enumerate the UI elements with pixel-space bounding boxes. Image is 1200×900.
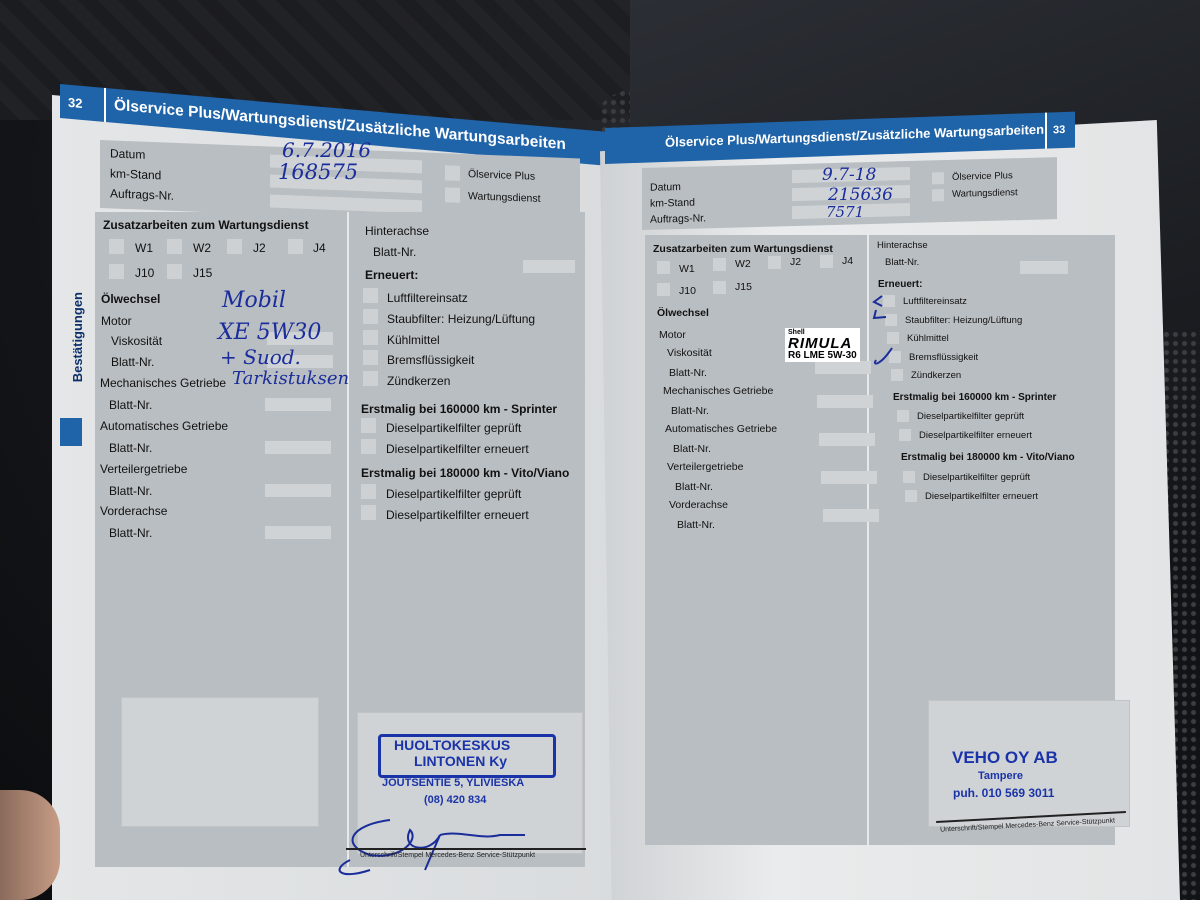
- j4-label: J4: [313, 241, 326, 255]
- getriebe-label: Verteilergetriebe: [667, 461, 743, 473]
- stamp-line: LINTONEN Ky: [414, 753, 507, 769]
- w2-label: W2: [735, 258, 751, 270]
- vito-heading: Erstmalig bei 180000 km - Vito/Viano: [901, 452, 1075, 463]
- vito-dpf-erneuert-checkbox[interactable]: [905, 490, 917, 502]
- j2-checkbox[interactable]: [227, 239, 242, 254]
- viskositaet-label: Viskosität: [667, 347, 712, 359]
- oelwechsel-heading: Ölwechsel: [101, 292, 160, 306]
- j4-checkbox[interactable]: [820, 255, 833, 268]
- column-divider: [867, 235, 869, 845]
- signature-line: [346, 848, 586, 850]
- erneuert-item-label: Zündkerzen: [911, 370, 961, 381]
- blatt-label: Blatt-Nr.: [673, 443, 711, 455]
- blatt-field[interactable]: [823, 509, 879, 522]
- blatt-field[interactable]: [265, 526, 331, 539]
- w1-label: W1: [135, 241, 153, 255]
- handwritten-oil-brand: Mobil: [222, 288, 286, 313]
- vito-dpf-geprueft-checkbox[interactable]: [903, 471, 915, 483]
- motor-label: Motor: [659, 329, 686, 341]
- w2-checkbox[interactable]: [167, 239, 182, 254]
- stamp-line: puh. 010 569 3011: [953, 786, 1054, 800]
- hinterachse-label: Hinterachse: [365, 224, 429, 238]
- erneuert-item-label: Bremsflüssigkeit: [909, 352, 978, 363]
- wartungsdienst-label: Wartungsdienst: [952, 187, 1018, 200]
- getriebe-label: Automatisches Getriebe: [100, 419, 228, 433]
- sprinter-heading: Erstmalig bei 160000 km - Sprinter: [361, 402, 557, 416]
- oelservice-plus-checkbox[interactable]: [932, 172, 944, 184]
- j10-checkbox[interactable]: [109, 264, 124, 279]
- vito-item-label: Dieselpartikelfilter erneuert: [386, 508, 529, 522]
- wartungsdienst-label: Wartungsdienst: [468, 190, 541, 205]
- zusatz-heading: Zusatzarbeiten zum Wartungsdienst: [103, 218, 309, 232]
- getriebe-label: Vorderachse: [669, 499, 728, 511]
- staubfilter-checkbox[interactable]: [363, 309, 378, 324]
- erneuert-item-label: Zündkerzen: [387, 374, 450, 388]
- j4-checkbox[interactable]: [288, 239, 303, 254]
- blatt-field[interactable]: [815, 361, 871, 374]
- j15-label: J15: [735, 281, 752, 293]
- datum-label: Datum: [110, 146, 145, 161]
- j2-checkbox[interactable]: [768, 256, 781, 269]
- blatt-label: Blatt-Nr.: [111, 355, 154, 369]
- j15-label: J15: [193, 266, 212, 280]
- blatt-label: Blatt-Nr.: [109, 526, 152, 540]
- auftrag-label: Auftrags-Nr.: [110, 186, 174, 202]
- getriebe-label: Automatisches Getriebe: [665, 423, 777, 435]
- oelservice-plus-label: Ölservice Plus: [468, 168, 535, 183]
- header-divider: [1045, 113, 1047, 149]
- getriebe-label: Mechanisches Getriebe: [663, 385, 773, 397]
- auftrag-field[interactable]: [270, 195, 422, 214]
- handwritten-checkmarks: [870, 290, 910, 370]
- w1-checkbox[interactable]: [657, 261, 670, 274]
- erneuert-item-label: Kühlmittel: [387, 333, 440, 347]
- blatt-field[interactable]: [821, 471, 877, 484]
- j10-checkbox[interactable]: [657, 283, 670, 296]
- getriebe-label: Vorderachse: [100, 504, 167, 518]
- blatt-label: Blatt-Nr.: [109, 484, 152, 498]
- blatt-field[interactable]: [819, 433, 875, 446]
- stamp-line: Tampere: [978, 770, 1023, 782]
- stamp-line: JOUTSENTIE 5, YLIVIESKA: [382, 777, 524, 789]
- handwritten-date: 6.7.2016: [282, 138, 371, 162]
- w1-label: W1: [679, 263, 695, 275]
- j4-label: J4: [842, 255, 853, 267]
- blatt-field[interactable]: [265, 441, 331, 454]
- oelservice-plus-label: Ölservice Plus: [952, 170, 1013, 183]
- erneuert-item-label: Staubfilter: Heizung/Lüftung: [387, 312, 535, 326]
- side-tab-marker: [60, 418, 82, 446]
- blatt-field[interactable]: [523, 260, 575, 273]
- sprinter-item-label: Dieselpartikelfilter erneuert: [386, 442, 529, 456]
- oil-sticker: Shell RIMULA R6 LME 5W-30: [785, 328, 860, 362]
- erneuert-item-label: Luftfiltereinsatz: [903, 296, 967, 307]
- j2-label: J2: [790, 256, 801, 268]
- luftfilter-checkbox[interactable]: [363, 288, 378, 303]
- erneuert-heading: Erneuert:: [878, 279, 922, 290]
- getriebe-label: Verteilergetriebe: [100, 462, 187, 476]
- header-divider: [104, 88, 106, 122]
- j2-label: J2: [253, 241, 266, 255]
- blatt-field[interactable]: [1020, 261, 1068, 274]
- oelwechsel-heading: Ölwechsel: [657, 307, 709, 319]
- handwritten-note: + Suod.: [220, 345, 301, 369]
- page-number: 33: [1053, 124, 1065, 136]
- viskositaet-label: Viskosität: [111, 334, 162, 348]
- handwritten-date: 9.7-18: [822, 165, 876, 185]
- j10-label: J10: [679, 285, 696, 297]
- vito-heading: Erstmalig bei 180000 km - Vito/Viano: [361, 466, 569, 480]
- auftrag-label: Auftrags-Nr.: [650, 212, 706, 225]
- sprinter-dpf-erneuert-checkbox[interactable]: [361, 439, 376, 454]
- bremsfluessigkeit-checkbox[interactable]: [363, 350, 378, 365]
- zuendkerzen-checkbox[interactable]: [891, 369, 903, 381]
- handwritten-viscosity: XE 5W30: [218, 320, 321, 345]
- j10-label: J10: [135, 266, 154, 280]
- handwritten-order-number: 7571: [826, 203, 864, 221]
- j15-checkbox[interactable]: [167, 264, 182, 279]
- zusatz-heading: Zusatzarbeiten zum Wartungsdienst: [653, 243, 833, 255]
- getriebe-label: Mechanisches Getriebe: [100, 376, 226, 390]
- erneuert-heading: Erneuert:: [365, 268, 418, 282]
- handwritten-getriebe-note: Tarkistuksen: [232, 368, 349, 389]
- page-number: 32: [68, 95, 82, 111]
- sprinter-item-label: Dieselpartikelfilter geprüft: [386, 421, 521, 435]
- column-divider: [347, 212, 349, 867]
- handwritten-km: 168575: [278, 160, 358, 184]
- w2-checkbox[interactable]: [713, 258, 726, 271]
- erneuert-item-label: Staubfilter: Heizung/Lüftung: [905, 315, 1022, 326]
- blatt-field[interactable]: [265, 398, 331, 411]
- blatt-label: Blatt-Nr.: [669, 367, 707, 379]
- blatt-label: Blatt-Nr.: [109, 398, 152, 412]
- signature: [330, 800, 530, 880]
- blatt-field[interactable]: [265, 484, 331, 497]
- sticker-product: RIMULA: [788, 336, 857, 351]
- thumb: [0, 790, 60, 900]
- page-title: Ölservice Plus/Wartungsdienst/Zusätzlich…: [665, 122, 1044, 150]
- blatt-label: Blatt-Nr.: [885, 257, 919, 268]
- sticker-grade: R6 LME 5W-30: [788, 351, 857, 361]
- stamp-line: HUOLTOKESKUS: [394, 737, 510, 753]
- vito-dpf-geprueft-checkbox[interactable]: [361, 484, 376, 499]
- blatt-label: Blatt-Nr.: [671, 405, 709, 417]
- erneuert-item-label: Bremsflüssigkeit: [387, 353, 474, 367]
- sprinter-dpf-erneuert-checkbox[interactable]: [899, 429, 911, 441]
- motor-label: Motor: [101, 314, 132, 328]
- sprinter-item-label: Dieselpartikelfilter geprüft: [917, 411, 1024, 422]
- hinterachse-label: Hinterachse: [877, 240, 928, 251]
- kuehlmittel-checkbox[interactable]: [363, 330, 378, 345]
- sprinter-dpf-geprueft-checkbox[interactable]: [897, 410, 909, 422]
- handwritten-km: 215636: [828, 185, 893, 205]
- blatt-label: Blatt-Nr.: [373, 245, 416, 259]
- erneuert-item-label: Luftfiltereinsatz: [387, 291, 468, 305]
- vito-item-label: Dieselpartikelfilter erneuert: [925, 491, 1038, 502]
- blatt-label: Blatt-Nr.: [109, 441, 152, 455]
- vito-dpf-erneuert-checkbox[interactable]: [361, 505, 376, 520]
- side-tab-label: Bestätigungen: [70, 292, 85, 382]
- datum-label: Datum: [650, 181, 681, 194]
- wartungsdienst-checkbox[interactable]: [932, 189, 944, 201]
- blatt-field[interactable]: [817, 395, 873, 408]
- w2-label: W2: [193, 241, 211, 255]
- blatt-label: Blatt-Nr.: [675, 481, 713, 493]
- vito-item-label: Dieselpartikelfilter geprüft: [386, 487, 521, 501]
- erneuert-item-label: Kühlmittel: [907, 333, 949, 344]
- sprinter-item-label: Dieselpartikelfilter erneuert: [919, 430, 1032, 441]
- faded-stamp-area: [121, 697, 319, 827]
- stamp-line: VEHO OY AB: [952, 748, 1058, 768]
- zuendkerzen-checkbox[interactable]: [363, 371, 378, 386]
- sprinter-heading: Erstmalig bei 160000 km - Sprinter: [893, 392, 1056, 403]
- km-label: km-Stand: [650, 197, 695, 210]
- oelservice-plus-checkbox[interactable]: [445, 165, 460, 181]
- w1-checkbox[interactable]: [109, 239, 124, 254]
- vito-item-label: Dieselpartikelfilter geprüft: [923, 472, 1030, 483]
- j15-checkbox[interactable]: [713, 281, 726, 294]
- wartungsdienst-checkbox[interactable]: [445, 187, 460, 203]
- km-label: km-Stand: [110, 166, 161, 182]
- blatt-label: Blatt-Nr.: [677, 519, 715, 531]
- signature-label: Unterschrift/Stempel Mercedes-Benz Servi…: [360, 852, 535, 859]
- sprinter-dpf-geprueft-checkbox[interactable]: [361, 418, 376, 433]
